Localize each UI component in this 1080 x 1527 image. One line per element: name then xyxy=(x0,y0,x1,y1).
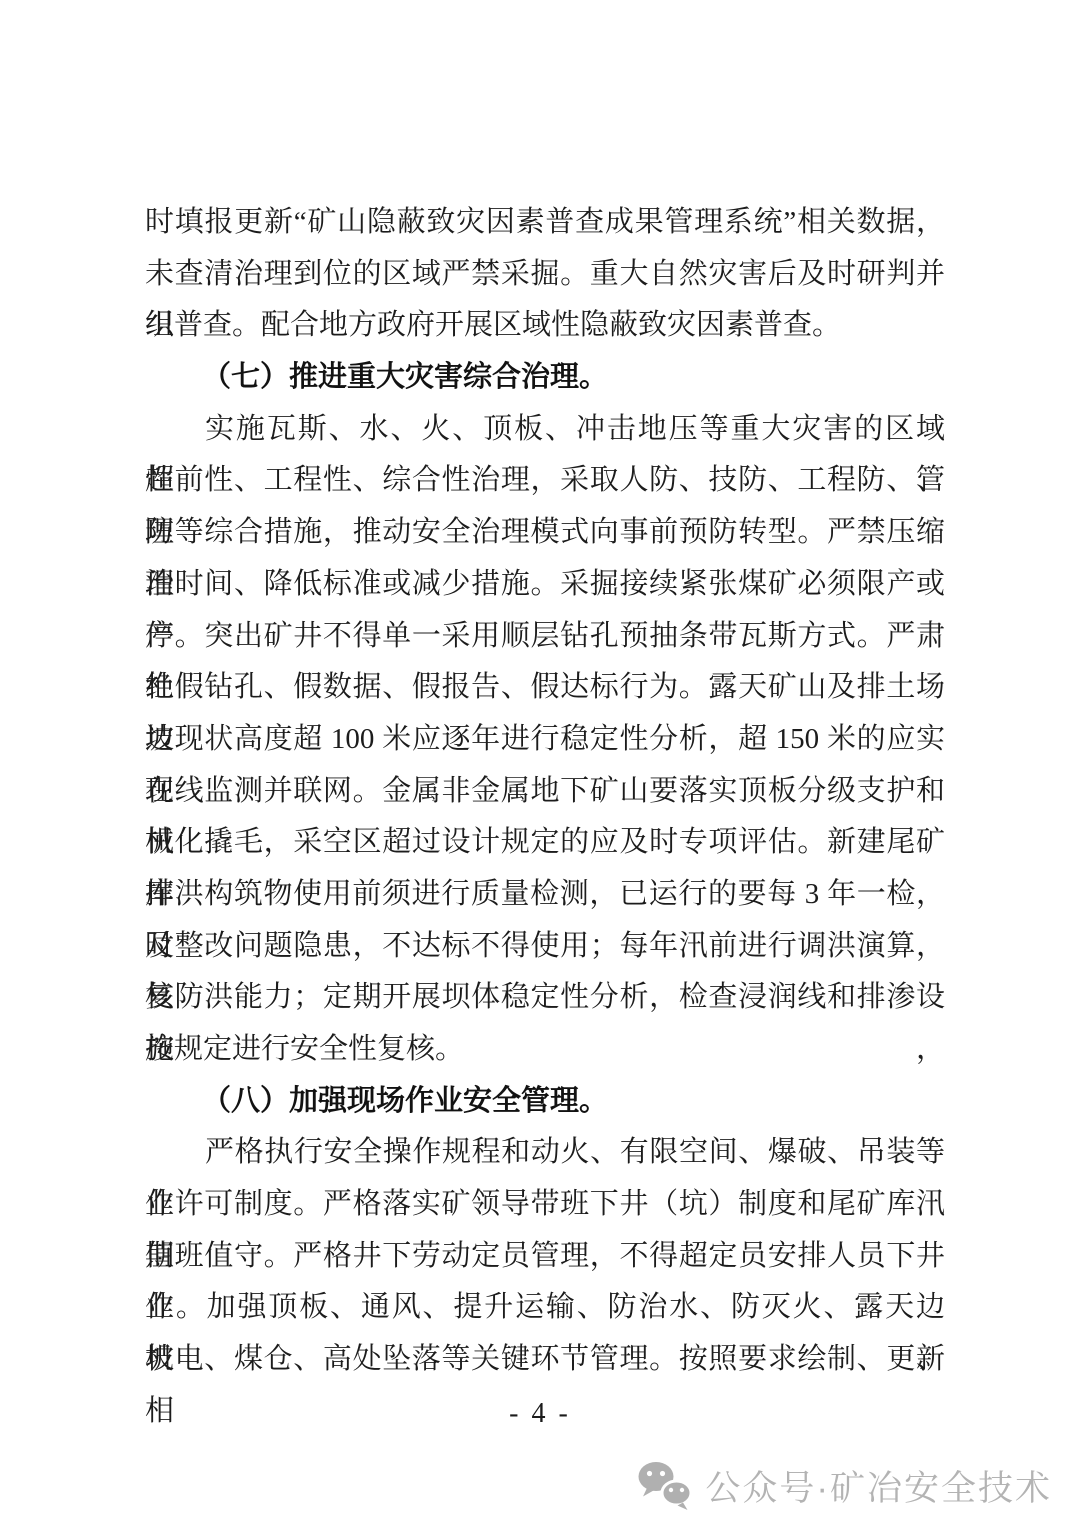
page-number: - 4 - xyxy=(0,1398,1080,1430)
section-heading-8: （八）加强现场作业安全管理。 xyxy=(145,1076,945,1128)
text-line: 防等综合措施，推动安全治理模式向事前预防转型。严禁压缩治 xyxy=(145,507,945,559)
text-line: 排洪构筑物使用前须进行质量检测，已运行的要每 3 年一检，及 xyxy=(145,869,945,921)
text-line: 机电、煤仓、高处坠落等关键环节管理。按照要求绘制、更新相 xyxy=(145,1334,945,1386)
text-line: 业。加强顶板、通风、提升运输、防治水、防灭火、露天边坡、 xyxy=(145,1282,945,1334)
text-line: 织普查。配合地方政府开展区域性隐蔽致灾因素普查。 xyxy=(145,300,945,352)
scanned-document-page: 时填报更新“矿山隐蔽致灾因素普查成果管理系统”相关数据， 未查清治理到位的区域严… xyxy=(0,0,1080,1527)
text-line: 值班值守。严格井下劳动定员管理，不得超定员安排人员下井作 xyxy=(145,1231,945,1283)
text-line: 理时间、降低标准或减少措施。采掘接续紧张煤矿必须限产或停 xyxy=(145,559,945,611)
text-line: 未查清治理到位的区域严禁采掘。重大自然灾害后及时研判并组 xyxy=(145,249,945,301)
text-line: 产。突出矿井不得单一采用顺层钻孔预抽条带瓦斯方式。严肃杜 xyxy=(145,611,945,663)
text-line: 严格执行安全操作规程和动火、有限空间、爆破、吊装等作 xyxy=(145,1127,945,1179)
text-line: 时填报更新“矿山隐蔽致灾因素普查成果管理系统”相关数据， xyxy=(145,197,945,249)
section-heading-7: （七）推进重大灾害综合治理。 xyxy=(145,352,945,404)
text-line: 时整改问题隐患，不达标不得使用；每年汛前进行调洪演算，复 xyxy=(145,921,945,973)
text-line: 核防洪能力；定期开展坝体稳定性分析，检查浸润线和排渗设施， xyxy=(145,972,945,1024)
wechat-account-label: 公众号·矿冶安全技术 xyxy=(705,1461,1052,1511)
wechat-watermark: 公众号·矿冶安全技术 xyxy=(637,1458,1052,1514)
text-line: 坡现状高度超 100 米应逐年进行稳定性分析，超 150 米的应实现 xyxy=(145,714,945,766)
text-line: 在线监测并联网。金属非金属地下矿山要落实顶板分级支护和机 xyxy=(145,766,945,818)
text-line: 实施瓦斯、水、火、顶板、冲击地压等重大灾害的区域性、 xyxy=(145,404,945,456)
text-line: 械化撬毛，采空区超过设计规定的应及时专项评估。新建尾矿库 xyxy=(145,817,945,869)
text-line: 业许可制度。严格落实矿领导带班下井（坑）制度和尾矿库汛期 xyxy=(145,1179,945,1231)
wechat-icon xyxy=(637,1461,693,1511)
document-body: 时填报更新“矿山隐蔽致灾因素普查成果管理系统”相关数据， 未查清治理到位的区域严… xyxy=(145,197,945,1386)
text-line: 绝假钻孔、假数据、假报告、假达标行为。露天矿山及排土场边 xyxy=(145,662,945,714)
text-line: 超前性、工程性、综合性治理，采取人防、技防、工程防、管理 xyxy=(145,455,945,507)
